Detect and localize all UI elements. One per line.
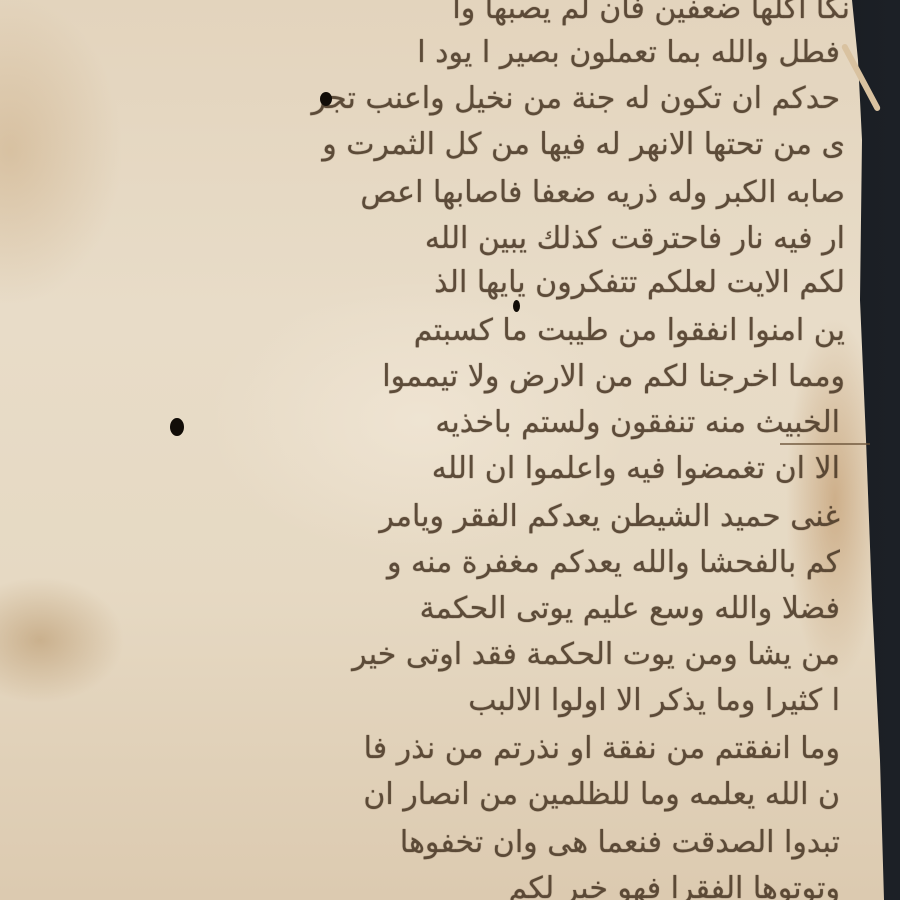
ink-blot <box>513 300 520 312</box>
ink-blot <box>320 92 332 106</box>
script-line: تبدوا الصدقت فنعما هى وان تخفوها <box>0 826 840 860</box>
script-line: ومما اخرجنا لكم من الارض ولا تيمموا <box>0 360 845 394</box>
script-line: الخبيث منه تنفقون ولستم باخذيه <box>0 406 840 440</box>
script-line: ين امنوا انفقوا من طيبت ما كسبتم <box>0 314 845 348</box>
script-line: حدكم ان تكون له جنة من نخيل واعنب تجر <box>0 82 840 116</box>
script-line: فضلا والله وسع عليم يوتى الحكمة <box>0 592 840 626</box>
script-line: غنى حميد الشيطن يعدكم الفقر ويامر <box>0 500 840 534</box>
ink-blot <box>170 418 184 436</box>
script-line: وما انفقتم من نفقة او نذرتم من نذر فا <box>0 732 840 766</box>
script-line: ار فيه نار فاحترقت كذلك يبين الله <box>0 222 845 256</box>
script-line: ن الله يعلمه وما للظلمين من انصار ان <box>0 778 840 812</box>
script-line: ى من تحتها الانهر له فيها من كل الثمرت و <box>0 128 845 162</box>
script-line: صابه الكبر وله ذريه ضعفا فاصابها اعص <box>0 176 845 210</box>
manuscript-photo: نكا اكلها ضعفين فان لم يصبها وا فطل والل… <box>0 0 900 900</box>
script-line: نكا اكلها ضعفين فان لم يصبها وا <box>0 0 850 26</box>
script-line: وتوتوها الفقرا فهو خير لكم <box>0 872 840 900</box>
script-line: كم بالفحشا والله يعدكم مغفرة منه و <box>0 546 840 580</box>
script-line: ا كثيرا وما يذكر الا اولوا الالبب <box>0 684 840 718</box>
script-block: نكا اكلها ضعفين فان لم يصبها وا فطل والل… <box>0 0 870 900</box>
script-line: فطل والله بما تعملون بصير ا يود ا <box>0 36 840 70</box>
script-line: لكم الايت لعلكم تتفكرون يايها الذ <box>0 266 845 300</box>
script-line: من يشا ومن يوت الحكمة فقد اوتى خير <box>0 638 840 672</box>
script-line: الا ان تغمضوا فيه واعلموا ان الله <box>0 452 840 486</box>
